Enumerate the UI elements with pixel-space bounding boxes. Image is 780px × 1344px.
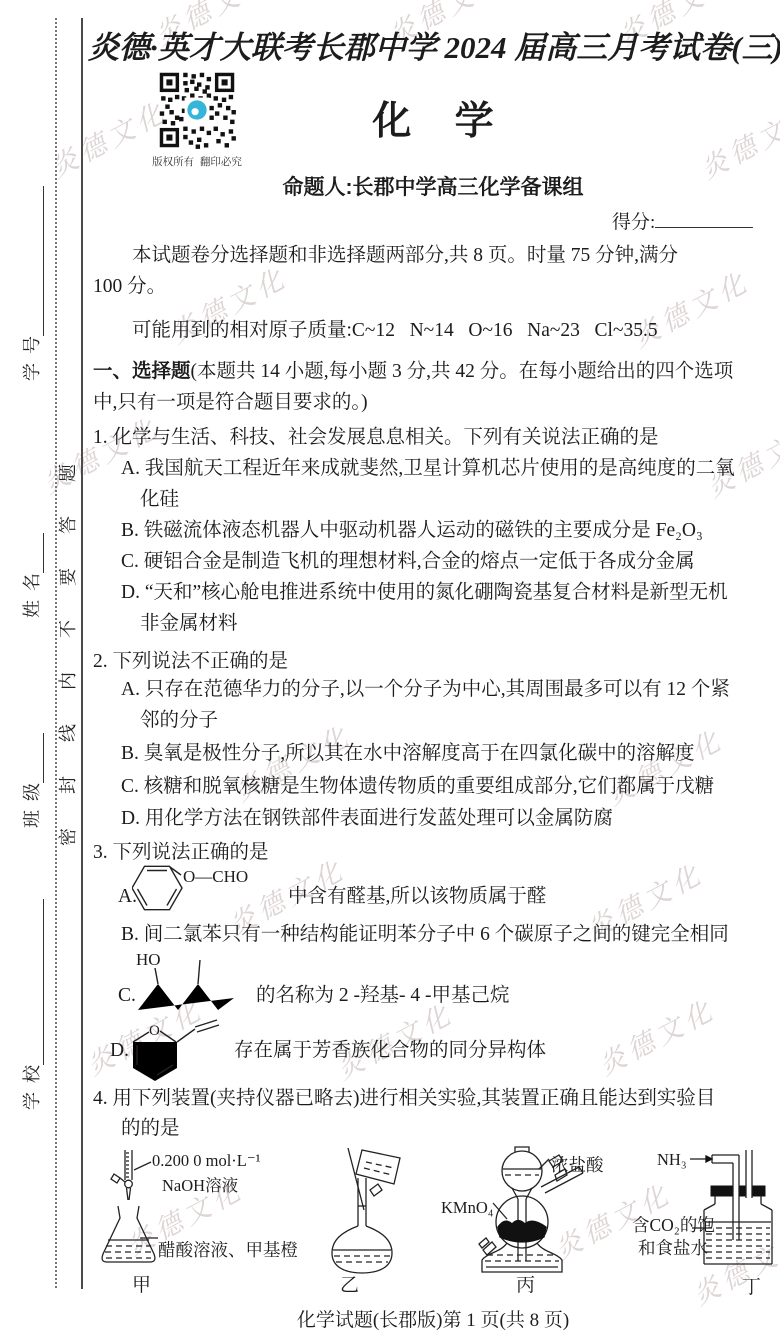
section1-heading-bold: 一、选择题 <box>93 360 191 382</box>
q2-option-c: C. 核糖和脱氧核糖是生物体遗传物质的重要组成部分,它们都属于戊糖 <box>93 774 714 799</box>
formate-group-label: O—CHO <box>183 867 248 886</box>
q1-option-b: B. 铁磁流体液态机器人中驱动机器人运动的磁铁的主要成分是 Fe₂O₃ <box>93 518 703 543</box>
qr-copyright-caption: 版权所有 翻印必究 <box>146 154 248 169</box>
kmno4-label: KMnO₄ <box>441 1198 494 1218</box>
score-blank <box>655 212 753 228</box>
class-blank <box>28 733 44 783</box>
student-name-blank <box>28 533 44 573</box>
class-label: 班 级 <box>18 783 44 828</box>
apparatus-yi-name: 乙 <box>340 1270 359 1297</box>
setter-line: 命题人:长郡中学高三化学备课组 <box>88 171 778 201</box>
q2-stem: 2. 下列说法不正确的是 <box>93 649 288 674</box>
student-name-field: 姓 名 <box>22 518 44 618</box>
apparatus-bing-name: 丙 <box>516 1270 535 1297</box>
ring-oxygen-label: O <box>149 1023 160 1039</box>
hydroxyl-label: HO <box>136 950 161 969</box>
score-label: 得分: <box>612 212 655 233</box>
section1-heading-rest: (本题共 14 小题,每小题 3 分,共 42 分。在每小题给出的四个选项 <box>191 361 734 382</box>
school-label: 学 校 <box>18 1065 44 1110</box>
apparatus-jia-name: 甲 <box>132 1270 151 1297</box>
q1-stem: 1. 化学与生活、科技、社会发展息息相关。下列有关说法正确的是 <box>93 425 659 450</box>
q2-option-d: D. 用化学方法在钢铁部件表面进行发蓝处理可以金属防腐 <box>93 806 613 831</box>
q1-option-a-cont: 化硅 <box>93 487 179 512</box>
hcl-label: 浓盐酸 <box>551 1152 604 1177</box>
student-id-blank <box>28 186 44 336</box>
q2-option-a: A. 只存在范德华力的分子,以一个分子为中心,其周围最多可以有 12 个紧 <box>93 677 730 702</box>
subject-title: 化 学 <box>88 90 778 146</box>
acetic-acid-indicator-label: 醋酸溶液、甲基橙 <box>158 1237 298 1262</box>
q1-option-d-cont: 非金属材料 <box>93 611 238 636</box>
exam-paper-page: 炎德文化 炎德文化 炎德文化 炎德文化 炎德文化 炎德文化 炎德文化 炎德文化 … <box>0 0 780 1344</box>
nh3-gas-label: NH₃ <box>657 1150 687 1170</box>
volumetric-flask-apparatus-drawing <box>312 1148 407 1278</box>
atomic-masses-line: 可能用到的相对原子质量:C~12 N~14 O~16 Na~23 Cl~35.5 <box>93 318 658 343</box>
phenyl-formate-structure: O—CHO <box>132 858 284 920</box>
apparatus-ding-name: 丁 <box>742 1272 761 1299</box>
q3-option-d-text: 存在属于芳香族化合物的同分异构体 <box>234 1038 546 1063</box>
student-id-field: 学 号 <box>22 169 44 381</box>
page-border-line <box>81 18 83 1289</box>
q1-option-c: C. 硬铝合金是制造飞机的理想材料,合金的熔点一定低于各成分金属 <box>93 549 695 574</box>
class-field: 班 级 <box>22 718 44 828</box>
q2-option-b: B. 臭氧是极性分子,所以其在水中溶解度高于在四氯化碳中的溶解度 <box>93 741 695 766</box>
q4-stem-cont: 的的是 <box>93 1116 180 1141</box>
co2-brine-label-line1: 含CO₂的饱 <box>632 1212 715 1237</box>
school-field: 学 校 <box>22 884 44 1110</box>
intro-line-2: 100 分。 <box>93 274 166 299</box>
seal-instruction-text: 密封线内不要答题 <box>54 418 78 858</box>
exam-series-title: 炎德·英才大联考长郡中学 2024 届高三月考试卷(三) <box>88 22 778 67</box>
co2-brine-label-line2: 和食盐水 <box>638 1235 708 1260</box>
q4-stem: 4. 用下列装置(夹持仪器已略去)进行相关实验,其装置正确且能达到实验目 <box>93 1086 715 1111</box>
intro-line-1: 本试题卷分选择题和非选择题两部分,共 8 页。时量 75 分钟,满分 <box>93 243 678 268</box>
student-id-label: 学 号 <box>18 336 44 381</box>
q3-option-b: B. 间二氯苯只有一种结构能证明苯分子中 6 个碳原子之间的键完全相同 <box>93 922 729 947</box>
q1-option-d: D. “天和”核心舱电推进系统中使用的氮化硼陶瓷基复合材料是新型无机 <box>93 580 728 605</box>
hydroxy-methylhexane-structure: HO <box>134 950 246 1014</box>
pyran-vinyl-structure: O <box>124 1014 226 1090</box>
page-footer: 化学试题(长郡版)第 1 页(共 8 页) <box>88 1305 778 1332</box>
school-blank <box>28 899 44 1065</box>
q3-option-c-text: 的名称为 2 -羟基- 4 -甲基己烷 <box>256 983 509 1008</box>
q3-option-a-text: 中含有醛基,所以该物质属于醛 <box>288 884 546 909</box>
section1-heading: 一、选择题(本题共 14 小题,每小题 3 分,共 42 分。在每小题给出的四个… <box>93 359 733 384</box>
score-field: 得分: <box>612 207 753 234</box>
section1-heading-line2: 中,只有一项是符合题目要求的。) <box>93 390 368 415</box>
watermark: 炎德文化 <box>590 988 721 1083</box>
naoh-solution-label: NaOH溶液 <box>162 1172 238 1196</box>
student-name-label: 姓 名 <box>18 573 44 618</box>
q1-option-a: A. 我国航天工程近年来成就斐然,卫星计算机芯片使用的是高纯度的二氧 <box>93 456 735 481</box>
naoh-concentration-label: 0.200 0 mol·L⁻¹ <box>152 1151 261 1171</box>
q2-option-a-cont: 邻的分子 <box>93 708 218 733</box>
